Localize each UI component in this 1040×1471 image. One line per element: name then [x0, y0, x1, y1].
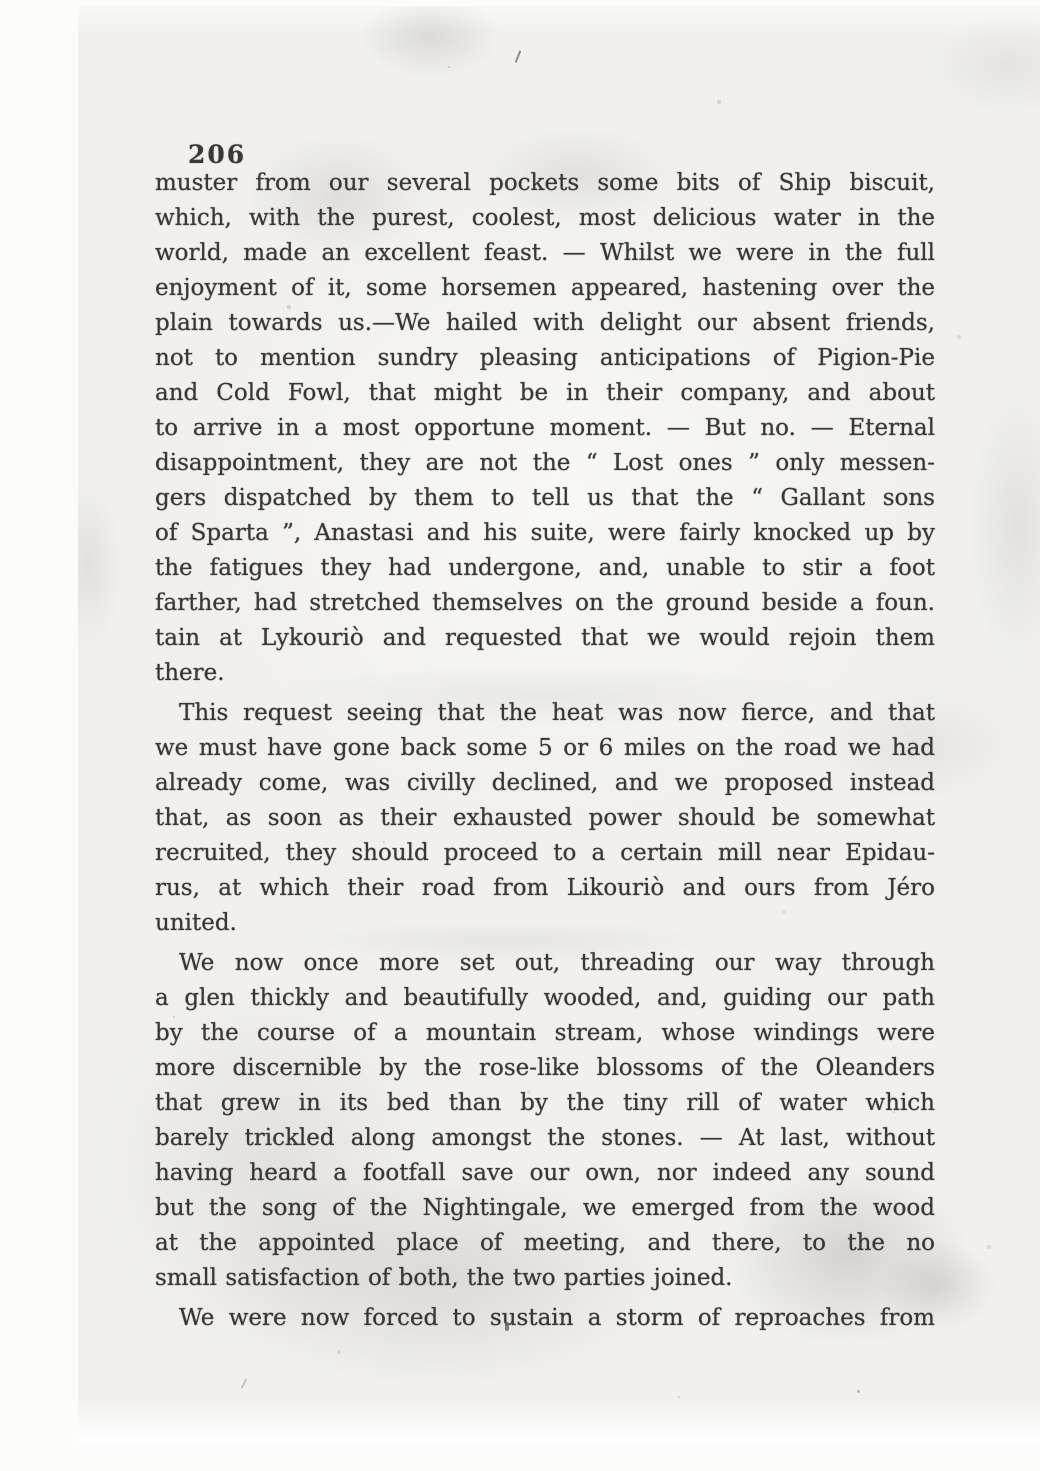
ink-stray-mark	[241, 1378, 248, 1389]
text-line: that, as soon as their exhausted power s…	[155, 801, 935, 836]
text-line: plain towards us.—We hailed with delight…	[155, 306, 935, 341]
text-line: but the song of the Nightingale, we emer…	[155, 1191, 935, 1226]
text-line: already come, was civilly declined, and …	[155, 766, 935, 801]
scanned-page: 206 muster from our several pockets some…	[0, 0, 1040, 1471]
text-line: tain at Lykouriò and requested that we w…	[155, 621, 935, 656]
text-line: muster from our several pockets some bit…	[155, 166, 935, 201]
text-line: rus, at which their road from Likouriò a…	[155, 871, 935, 906]
page-number: 206	[188, 140, 246, 169]
text-line: united.	[155, 906, 935, 941]
text-line: to arrive in a most opportune moment. — …	[155, 411, 935, 446]
paper-sheet: 206 muster from our several pockets some…	[78, 6, 1040, 1446]
text-line: we must have gone back some 5 or 6 miles…	[155, 731, 935, 766]
text-line: which, with the purest, coolest, most de…	[155, 201, 935, 236]
text-line: not to mention sundry pleasing anticipat…	[155, 341, 935, 376]
text-line: at the appointed place of meeting, and t…	[155, 1226, 935, 1261]
text-line: by the course of a mountain stream, whos…	[155, 1016, 935, 1051]
ink-speck	[857, 1390, 860, 1393]
text-line: farther, had stretched themselves on the…	[155, 586, 935, 621]
text-line: small satisfaction of both, the two part…	[155, 1261, 935, 1296]
text-line: enjoyment of it, some horsemen appeared,…	[155, 271, 935, 306]
paragraph-3: We now once more set out, threading our …	[155, 946, 935, 1296]
ink-blot	[505, 1322, 509, 1331]
text-line: more discernible by the rose-like blosso…	[155, 1051, 935, 1086]
page-text: muster from our several pockets some bit…	[155, 166, 935, 1336]
text-line: We now once more set out, threading our …	[155, 946, 935, 981]
text-line: there.	[155, 656, 935, 691]
text-line: having heard a footfall save our own, no…	[155, 1156, 935, 1191]
text-line: disappointment, they are not the “ Lost …	[155, 446, 935, 481]
text-line: barely trickled along amongst the stones…	[155, 1121, 935, 1156]
text-line: that grew in its bed than by the tiny ri…	[155, 1086, 935, 1121]
text-line: gers dispatched by them to tell us that …	[155, 481, 935, 516]
text-line: a glen thickly and beautifully wooded, a…	[155, 981, 935, 1016]
paragraph-1: muster from our several pockets some bit…	[155, 166, 935, 691]
text-line: recruited, they should proceed to a cert…	[155, 836, 935, 871]
paper-specks	[78, 6, 80, 8]
paragraph-4: We were now forced to sustain a storm of…	[155, 1301, 935, 1336]
text-line: of Sparta ”, Anastasi and his suite, wer…	[155, 516, 935, 551]
text-line: the fatigues they had undergone, and, un…	[155, 551, 935, 586]
text-line: This request seeing that the heat was no…	[155, 696, 935, 731]
ink-stray-mark	[515, 50, 522, 63]
text-line: world, made an excellent feast. — Whilst…	[155, 236, 935, 271]
text-line: We were now forced to sustain a storm of…	[155, 1301, 935, 1336]
text-line: and Cold Fowl, that might be in their co…	[155, 376, 935, 411]
paragraph-2: This request seeing that the heat was no…	[155, 696, 935, 941]
